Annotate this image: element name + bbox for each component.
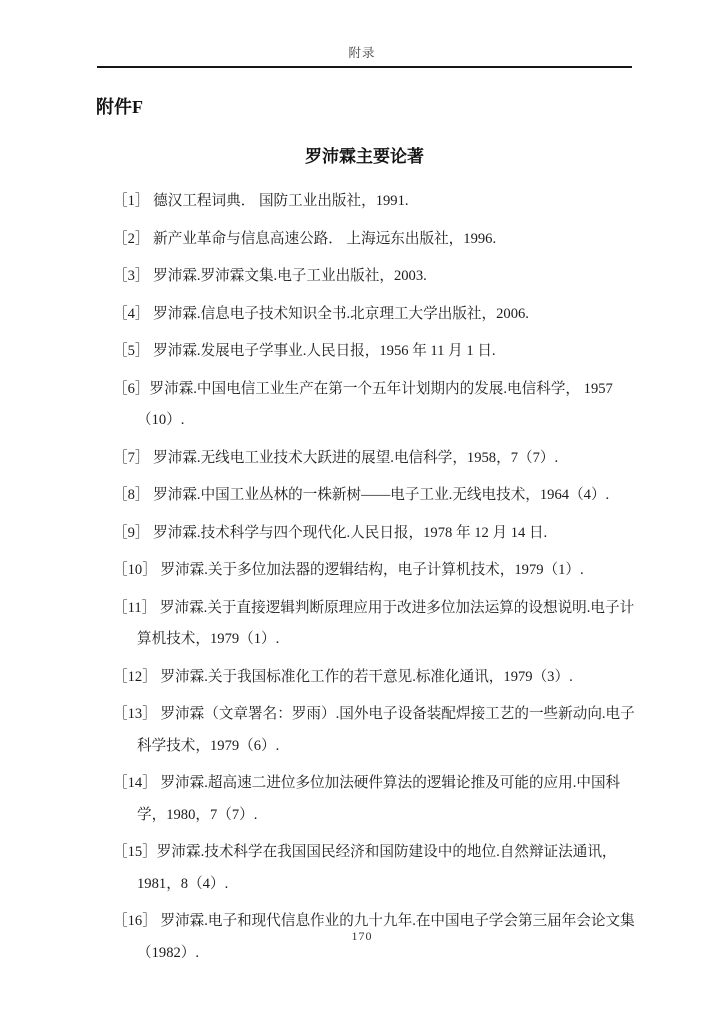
reference-text: 罗沛霖.技术科学在我国国民经济和国防建设中的地位.自然辩证法通讯，1981，8（… [137, 844, 617, 892]
reference-item-8: ［8］ 罗沛霖.中国工业丛林的一株新树——电子工业.无线电技术，1964（4）. [97, 480, 638, 512]
reference-text: 罗沛霖.超高速二进位多位加法硬件算法的逻辑论推及可能的应用.中国科学，1980，… [137, 775, 620, 823]
reference-item-1: ［1］ 德汉工程词典． 国防工业出版社，1991. [97, 186, 638, 218]
reference-text: 罗沛霖.发展电子学事业.人民日报，1956 年 11 月 1 日. [150, 343, 496, 359]
reference-item-3: ［3］ 罗沛霖.罗沛霖文集.电子工业出版社，2003. [97, 261, 638, 293]
reference-label: ［4］ [113, 306, 150, 322]
reference-item-9: ［9］ 罗沛霖.技术科学与四个现代化.人民日报，1978 年 12 月 14 日… [97, 518, 638, 550]
reference-text: 罗沛霖.罗沛霖文集.电子工业出版社，2003. [150, 268, 427, 284]
reference-text: 罗沛霖.关于多位加法器的逻辑结构，电子计算机技术，1979（1）. [157, 562, 584, 578]
reference-item-12: ［12］ 罗沛霖.关于我国标准化工作的若干意见.标准化通讯，1979（3）. [97, 662, 638, 694]
reference-text: 罗沛霖.关于直接逻辑判断原理应用于改进多位加法运算的设想说明.电子计算机技术，1… [137, 600, 634, 648]
reference-label: ［16］ [113, 913, 157, 929]
reference-text: 罗沛霖（文章署名：罗雨）.国外电子设备装配焊接工艺的一些新动向.电子科学技术，1… [137, 706, 635, 754]
reference-label: ［2］ [113, 231, 150, 247]
running-header: 附录 [0, 0, 724, 61]
reference-item-14: ［14］ 罗沛霖.超高速二进位多位加法硬件算法的逻辑论推及可能的应用.中国科学，… [97, 768, 638, 831]
reference-label: ［12］ [113, 669, 157, 685]
reference-item-6: ［6］罗沛霖.中国电信工业生产在第一个五年计划期内的发展.电信科学， 1957（… [97, 374, 638, 437]
reference-label: ［10］ [113, 562, 157, 578]
document-title: 罗沛霖主要论著 [97, 145, 632, 169]
reference-item-13: ［13］ 罗沛霖（文章署名：罗雨）.国外电子设备装配焊接工艺的一些新动向.电子科… [97, 699, 638, 762]
reference-label: ［6］ [113, 381, 150, 397]
reference-item-15: ［15］罗沛霖.技术科学在我国国民经济和国防建设中的地位.自然辩证法通讯，198… [97, 837, 638, 900]
reference-text: 罗沛霖.技术科学与四个现代化.人民日报，1978 年 12 月 14 日. [150, 525, 548, 541]
reference-text: 罗沛霖.无线电工业技术大跃进的展望.电信科学，1958，7（7）. [150, 450, 559, 466]
running-header-text: 附录 [348, 46, 375, 60]
reference-label: ［9］ [113, 525, 150, 541]
reference-item-11: ［11］ 罗沛霖.关于直接逻辑判断原理应用于改进多位加法运算的设想说明.电子计算… [97, 593, 638, 656]
page-number: 170 [0, 929, 724, 944]
reference-text: 新产业革命与信息高速公路． 上海远东出版社，1996. [150, 231, 497, 247]
reference-text: 罗沛霖.关于我国标准化工作的若干意见.标准化通讯，1979（3）. [157, 669, 573, 685]
document-page: 附录 附件F 罗沛霖主要论著 ［1］ 德汉工程词典． 国防工业出版社，1991.… [0, 0, 724, 969]
reference-label: ［5］ [113, 343, 150, 359]
reference-label: ［13］ [113, 706, 157, 722]
reference-item-7: ［7］ 罗沛霖.无线电工业技术大跃进的展望.电信科学，1958，7（7）. [97, 443, 638, 475]
reference-label: ［1］ [113, 193, 150, 209]
header-rule-divider [97, 66, 632, 68]
reference-text: 德汉工程词典． 国防工业出版社，1991. [150, 193, 409, 209]
reference-text: 罗沛霖.中国电信工业生产在第一个五年计划期内的发展.电信科学， 1957（10）… [137, 381, 613, 429]
appendix-label: 附件F [96, 95, 724, 119]
reference-text: 罗沛霖.中国工业丛林的一株新树——电子工业.无线电技术，1964（4）. [150, 487, 610, 503]
reference-list: ［1］ 德汉工程词典． 国防工业出版社，1991. ［2］ 新产业革命与信息高速… [97, 186, 638, 969]
reference-label: ［3］ [113, 268, 150, 284]
reference-label: ［11］ [113, 600, 156, 616]
reference-text: 罗沛霖.信息电子技术知识全书.北京理工大学出版社，2006. [150, 306, 529, 322]
reference-item-4: ［4］ 罗沛霖.信息电子技术知识全书.北京理工大学出版社，2006. [97, 299, 638, 331]
reference-item-2: ［2］ 新产业革命与信息高速公路． 上海远东出版社，1996. [97, 224, 638, 256]
reference-label: ［7］ [113, 450, 150, 466]
reference-label: ［15］ [113, 844, 157, 860]
reference-item-5: ［5］ 罗沛霖.发展电子学事业.人民日报，1956 年 11 月 1 日. [97, 336, 638, 368]
reference-label: ［8］ [113, 487, 150, 503]
reference-item-10: ［10］ 罗沛霖.关于多位加法器的逻辑结构，电子计算机技术，1979（1）. [97, 555, 638, 587]
reference-label: ［14］ [113, 775, 157, 791]
